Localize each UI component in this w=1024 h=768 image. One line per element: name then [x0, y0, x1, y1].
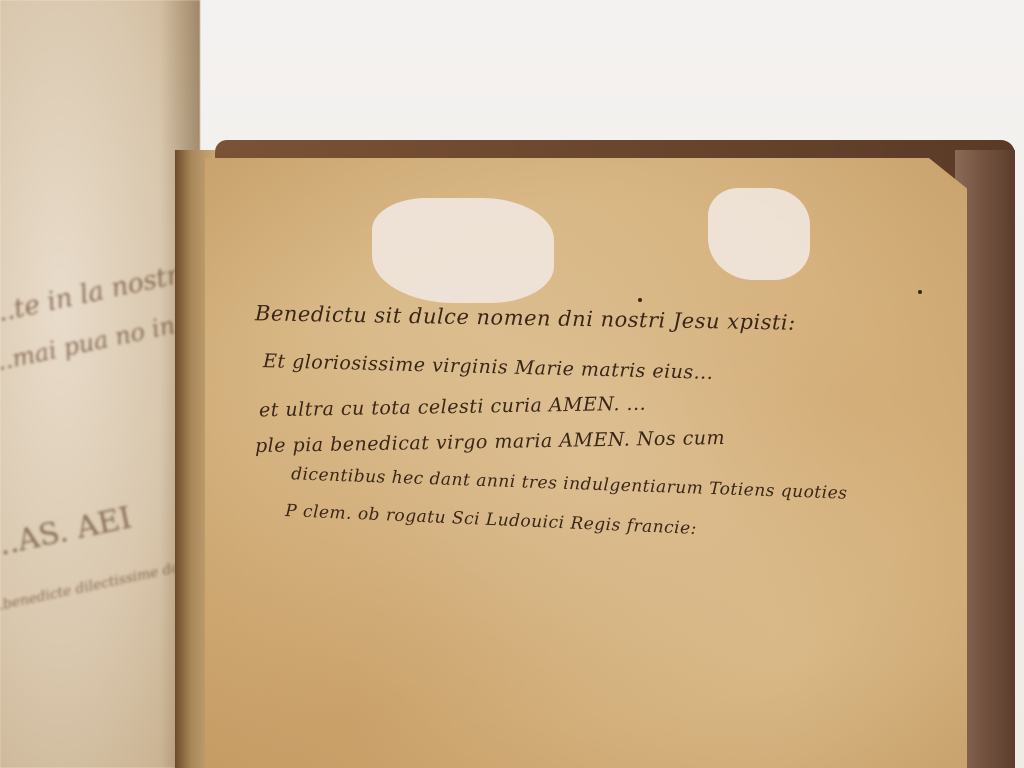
- ink-dot: [918, 290, 922, 294]
- ink-dot: [638, 298, 642, 302]
- paper-repair-patch: [708, 188, 810, 280]
- paper-repair-patch: [372, 198, 554, 303]
- right-page-parchment: [205, 158, 967, 768]
- left-page: ...te in la nostra x ...mai pua no in ..…: [0, 0, 200, 768]
- left-page-text-line: ...AS. AEI: [0, 500, 135, 564]
